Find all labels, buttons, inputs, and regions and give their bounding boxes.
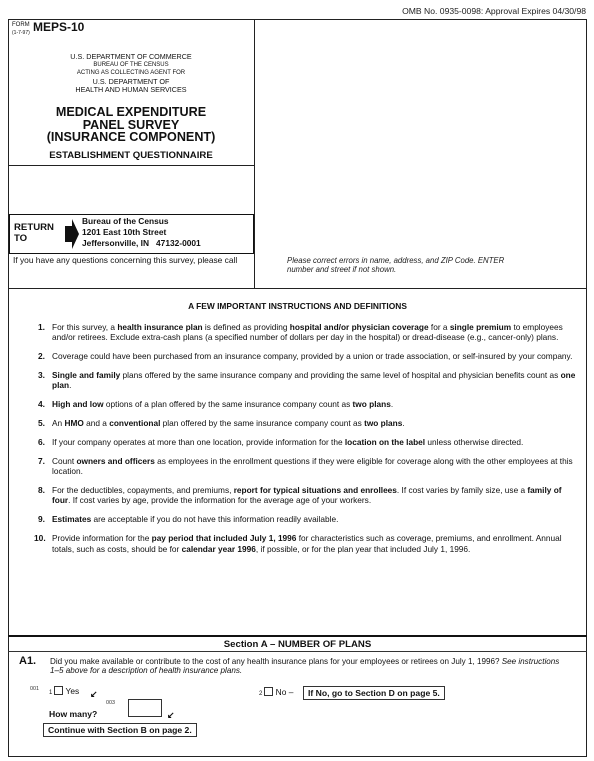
agency-line: HEALTH AND HUMAN SERVICES [8,86,254,94]
instruction-item: 10.Provide information for the pay perio… [38,533,578,554]
question-text: Did you make available or contribute to … [50,657,570,676]
instruction-number: 9. [38,514,45,524]
instruction-number: 4. [38,399,45,409]
instruction-item: 7.Count owners and officers as employees… [38,456,578,477]
item-code: 001 [30,686,39,692]
option-yes[interactable]: 1 Yes [49,686,79,696]
option-no[interactable]: 2 No – [259,687,293,697]
goto-section-d-instruction: If No, go to Section D on page 5. [303,686,445,700]
survey-title: MEDICAL EXPENDITURE PANEL SURVEY (INSURA… [8,106,254,144]
instruction-number: 8. [38,485,45,495]
instruction-number: 3. [38,370,45,380]
how-many-input[interactable] [128,699,162,717]
instruction-number: 7. [38,456,45,466]
return-label: RETURN TO [14,222,54,244]
option-label: Yes [66,686,80,696]
questionnaire-subtitle: ESTABLISHMENT QUESTIONNAIRE [8,150,254,161]
question-prompt: Did you make available or contribute to … [50,657,499,666]
title-line: (INSURANCE COMPONENT) [8,131,254,144]
return-label-line: TO [14,233,54,244]
agency-block: U.S. DEPARTMENT OF COMMERCE BUREAU OF TH… [8,53,254,94]
instructions-list: 1.For this survey, a health insurance pl… [38,322,578,562]
section-a-title: Section A – NUMBER OF PLANS [8,639,587,650]
address-line: Jeffersonville, IN 47132-0001 [82,238,201,249]
instruction-item: 5.An HMO and a conventional plan offered… [38,418,578,428]
instruction-text: Count owners and officers as employees i… [52,456,573,476]
address-line: 1201 East 10th Street [82,227,201,238]
address-correction-note: Please correct errors in name, address, … [287,256,504,275]
instruction-item: 4.High and low options of a plan offered… [38,399,578,409]
note-line: number and street if not shown. [287,265,504,274]
section-a-top-rule [8,635,587,637]
instruction-text: Single and family plans offered by the s… [52,370,575,390]
instruction-text: An HMO and a conventional plan offered b… [52,418,405,428]
return-address: Bureau of the Census 1201 East 10th Stre… [82,216,201,249]
title-line: MEDICAL EXPENDITURE [8,106,254,119]
instruction-text: For the deductibles, copayments, and pre… [52,485,562,505]
form-date: (1-7-97) [12,30,30,36]
instruction-item: 2.Coverage could have been purchased fro… [38,351,578,361]
skip-arrow-icon: ↙ [90,689,98,700]
how-many-label: How many? [49,709,97,719]
instruction-text: Estimates are acceptable if you do not h… [52,514,338,524]
instruction-text: If your company operates at more than on… [52,437,523,447]
instruction-number: 6. [38,437,45,447]
option-number: 1 [49,690,52,696]
header-divider [8,165,254,166]
instruction-number: 2. [38,351,45,361]
note-line: Please correct errors in name, address, … [287,256,504,265]
agency-line: U.S. DEPARTMENT OF COMMERCE [8,53,254,61]
instruction-item: 1.For this survey, a health insurance pl… [38,322,578,343]
return-label-line: RETURN [14,222,54,233]
no-checkbox[interactable] [264,687,273,696]
continue-section-b-instruction: Continue with Section B on page 2. [43,723,197,737]
instruction-number: 1. [38,322,45,332]
address-line: Bureau of the Census [82,216,201,227]
instruction-item: 3.Single and family plans offered by the… [38,370,578,391]
item-code: 003 [106,700,115,706]
header-bottom-divider [8,288,587,289]
instruction-item: 8.For the deductibles, copayments, and p… [38,485,578,506]
instruction-item: 6.If your company operates at more than … [38,437,578,447]
form-label: FORM [12,22,30,28]
omb-approval-note: OMB No. 0935-0098: Approval Expires 04/3… [402,6,586,16]
section-a-bottom-rule [8,651,587,652]
question-id: A1. [19,655,36,667]
instruction-item: 9.Estimates are acceptable if you do not… [38,514,578,524]
instructions-title: A FEW IMPORTANT INSTRUCTIONS AND DEFINIT… [8,301,587,311]
instruction-text: High and low options of a plan offered b… [52,399,393,409]
form-id: MEPS-10 [33,20,84,34]
option-number: 2 [259,691,262,697]
instruction-text: For this survey, a health insurance plan… [52,322,563,342]
instruction-number: 5. [38,418,45,428]
header-column-divider [254,19,255,288]
questions-contact-note: If you have any questions concerning thi… [13,256,248,266]
skip-arrow-icon: ↙ [167,710,175,721]
yes-checkbox[interactable] [54,686,63,695]
option-label: No – [276,687,294,697]
arrow-right-icon [64,218,80,250]
instruction-number: 10. [34,533,46,543]
agency-line: BUREAU OF THE CENSUS [8,61,254,69]
instruction-text: Provide information for the pay period t… [52,533,562,553]
instruction-text: Coverage could have been purchased from … [52,351,572,361]
